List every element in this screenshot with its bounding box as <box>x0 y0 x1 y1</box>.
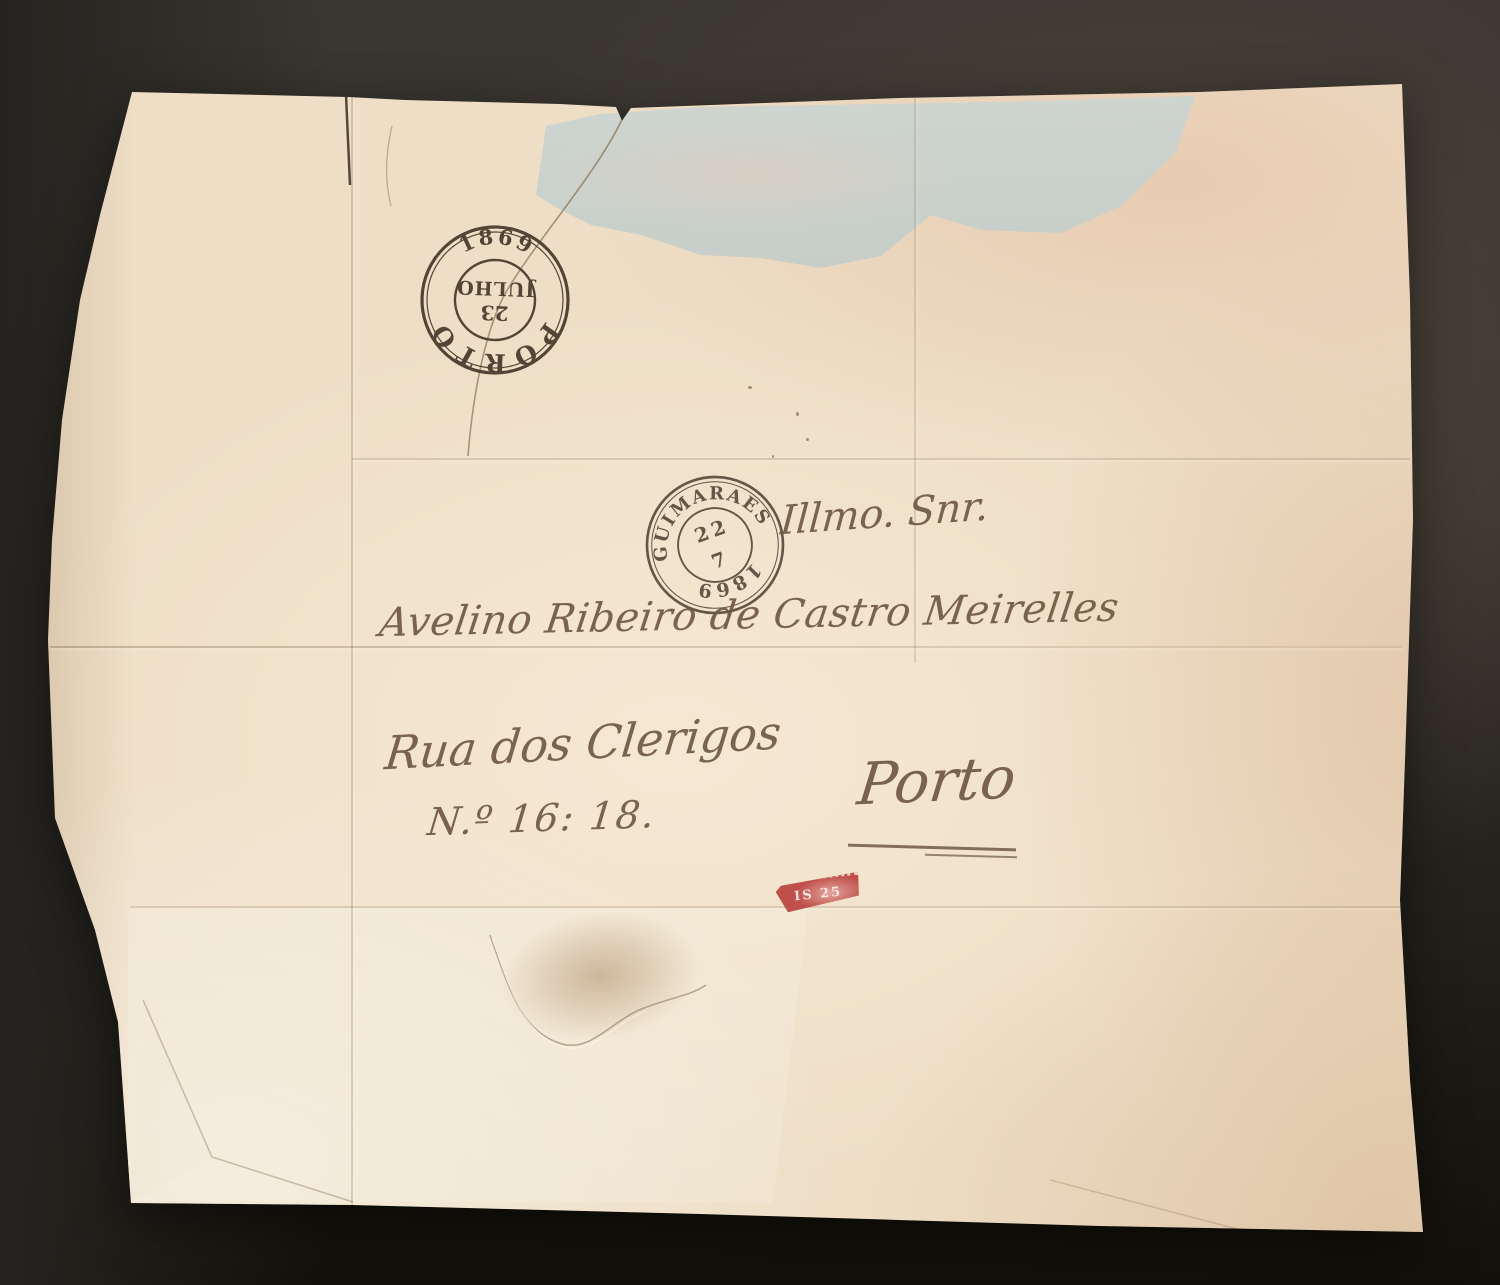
destination-city: Porto <box>854 743 1019 818</box>
porto-postmark: PORTO 1869 23 JULHO <box>402 207 588 393</box>
porto-month-text: JULHO <box>456 276 537 301</box>
stain-torn-highlight <box>492 938 646 1048</box>
ink-speck <box>796 412 799 416</box>
tear-lines <box>0 0 1500 1285</box>
ink-speck <box>772 455 774 458</box>
guimaraes-day-text: 22 <box>691 513 732 548</box>
tear-crack-fold <box>346 95 350 185</box>
guimaraes-month-text: 7 <box>708 547 729 574</box>
stain-torn-edge <box>490 935 706 1045</box>
wrinkle-bottom-right <box>1050 1180 1237 1229</box>
envelope: PORTO 1869 23 JULHO GUIMARAES 1869 22 <box>0 0 1500 1285</box>
stamp-fragment-inscription: IS 25 <box>793 884 842 904</box>
porto-day-text: 23 <box>480 301 509 326</box>
flap-fold-line <box>143 1000 353 1202</box>
tear-crack-small <box>387 126 392 206</box>
ink-speck <box>748 386 752 389</box>
envelope-wrapper: PORTO 1869 23 JULHO GUIMARAES 1869 22 <box>0 0 1500 1285</box>
address-number: N.º 16: 18. <box>425 792 658 844</box>
ink-speck <box>806 438 809 441</box>
